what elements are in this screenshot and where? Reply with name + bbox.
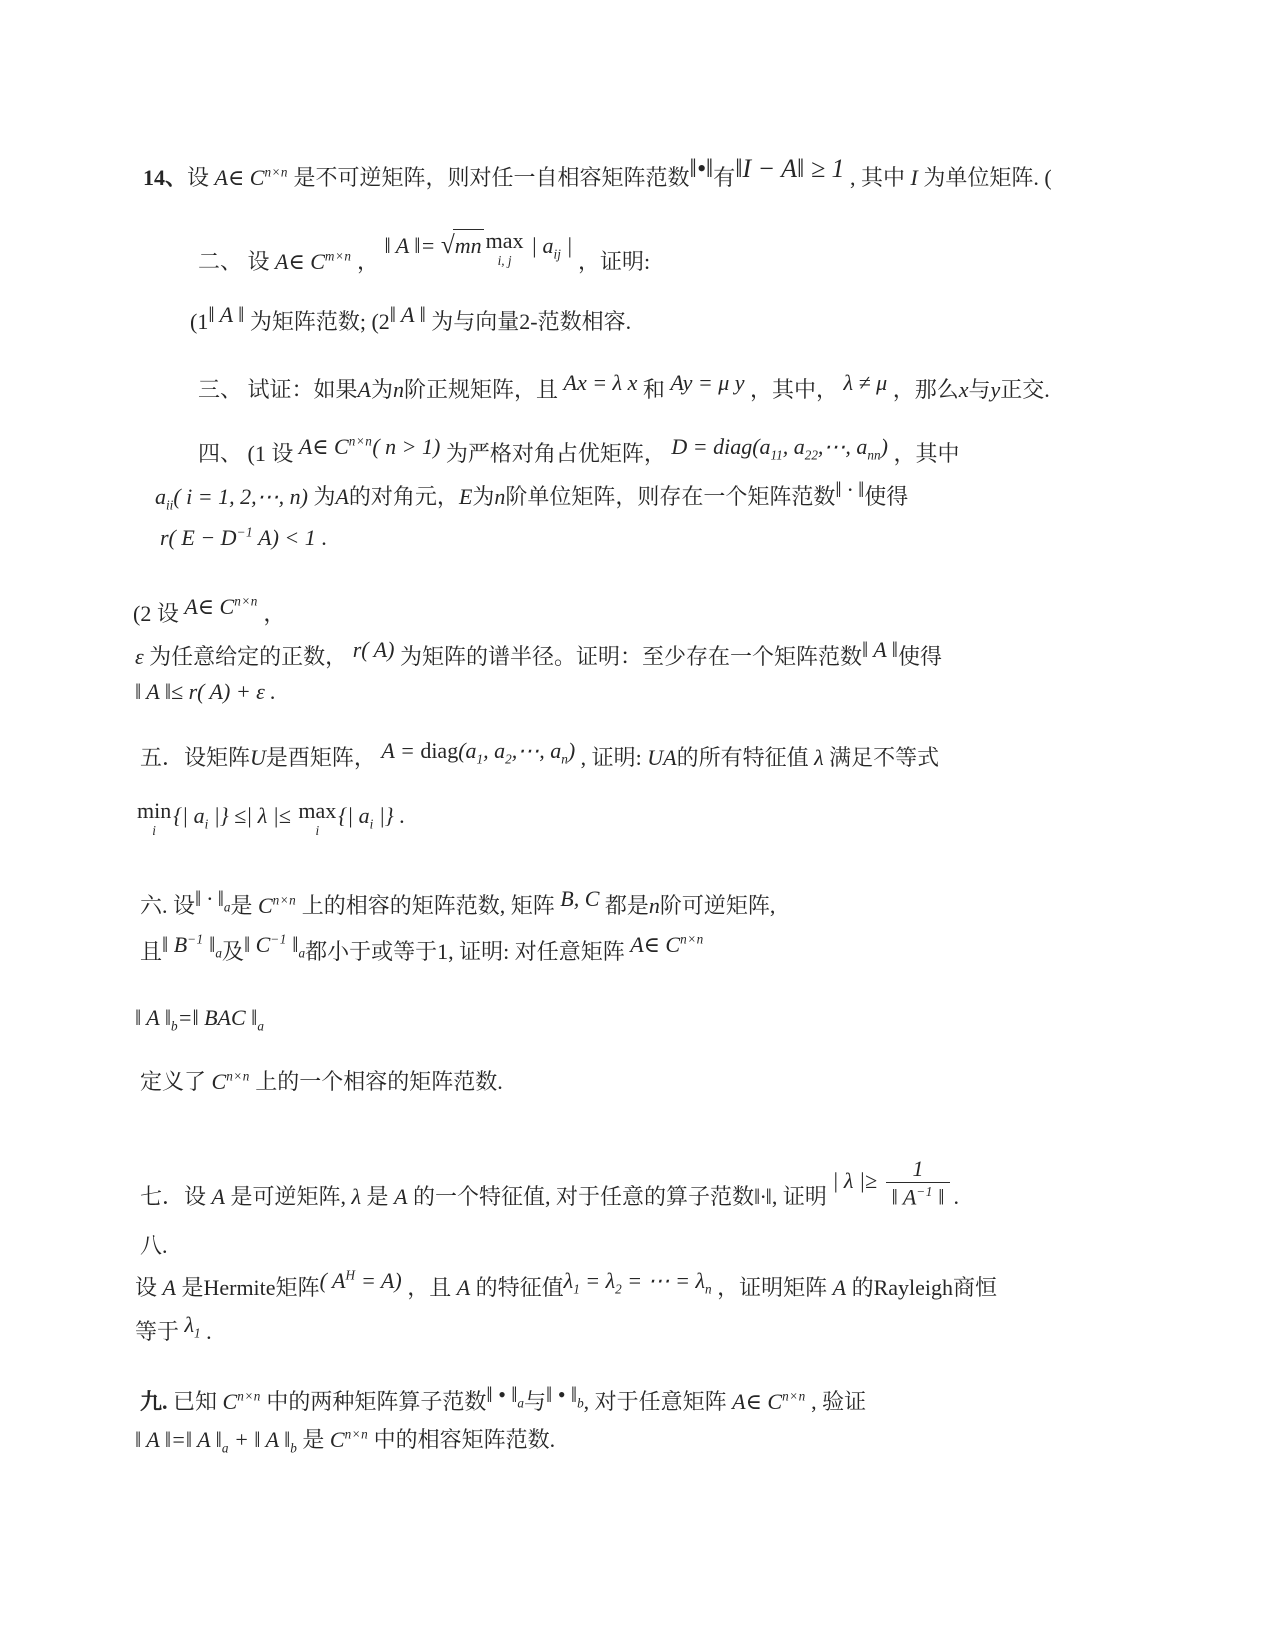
problem-5: 五．设矩阵U是酉矩阵， A = diag(a1, a2,⋯, an) , 证明:… bbox=[140, 742, 939, 776]
problem-9-line1: 九. 已知 Cn×n 中的两种矩阵算子范数‖ • ‖a与‖ • ‖b, 对于任意… bbox=[140, 1386, 866, 1420]
problem-4-part1-cont: aii( i = 1, 2,⋯, n) 为A的对角元，E为n阶单位矩阵，则存在一… bbox=[155, 481, 908, 515]
problem-8-statement: 设 A 是Hermite矩阵( AH = A) ，且 A 的特征值λ1 = λ2… bbox=[135, 1272, 997, 1306]
problem-8-conclusion: 等于 λ1 . bbox=[135, 1316, 212, 1350]
problem-3: 三、 试证：如果A为n阶正规矩阵，且 Ax = λ x 和 Ay = μ y ，… bbox=[198, 374, 1050, 406]
problem-6-formula: ‖ A ‖b=‖ BAC ‖a bbox=[135, 1002, 264, 1036]
problem-2-parts: (1‖ A ‖ 为矩阵范数; (2‖ A ‖ 为与向量2-范数相容. bbox=[190, 306, 631, 338]
problem-4-part2-cont: ε 为任意给定的正数， r( A) 为矩阵的谱半径。证明：至少存在一个矩阵范数‖… bbox=[135, 641, 942, 673]
problem-4-part1: 四、 (1 设 A∈ Cn×n( n > 1) 为严格对角占优矩阵， D = d… bbox=[198, 438, 959, 472]
document-page: 14、设 A∈ Cn×n 是不可逆矩阵，则对任一自相容矩阵范数‖•‖有‖I − … bbox=[0, 0, 1275, 1650]
problem-14: 14、设 A∈ Cn×n 是不可逆矩阵，则对任一自相容矩阵范数‖•‖有‖I − … bbox=[143, 158, 1052, 196]
problem-6-conclusion: 定义了 Cn×n 上的一个相容的矩阵范数. bbox=[140, 1066, 503, 1098]
problem-4-part2: (2 设 A∈ Cn×n ， bbox=[133, 598, 285, 630]
problem-2-statement: 二、 设 A∈ Cm×n ， ‖ A ‖= √mnmaxi, j | aij |… bbox=[198, 243, 650, 283]
problem-8-heading: 八. bbox=[140, 1230, 168, 1262]
problem-6-line2: 且‖ B−1 ‖a及‖ C−1 ‖a都小于或等于1, 证明: 对任意矩阵 A∈ … bbox=[140, 936, 704, 970]
problem-9-line2: ‖ A ‖=‖ A ‖a + ‖ A ‖b 是 Cn×n 中的相容矩阵范数. bbox=[135, 1424, 555, 1458]
problem-6-line1: 六. 设‖ · ‖a是 Cn×n 上的相容的矩阵范数, 矩阵 B, C 都是n阶… bbox=[140, 890, 775, 924]
problem-7: 七．设 A 是可逆矩阵, λ 是 A 的一个特征值, 对于任意的算子范数‖·‖,… bbox=[140, 1172, 959, 1226]
problem-4-part2-formula: ‖ A ‖≤ r( A) + ε . bbox=[135, 676, 276, 708]
problem-5-formula: mini{| ai |} ≤| λ |≤ maxi{| ai |} . bbox=[135, 800, 405, 837]
problem-4-formula: r( E − D−1 A) < 1 . bbox=[160, 522, 327, 554]
